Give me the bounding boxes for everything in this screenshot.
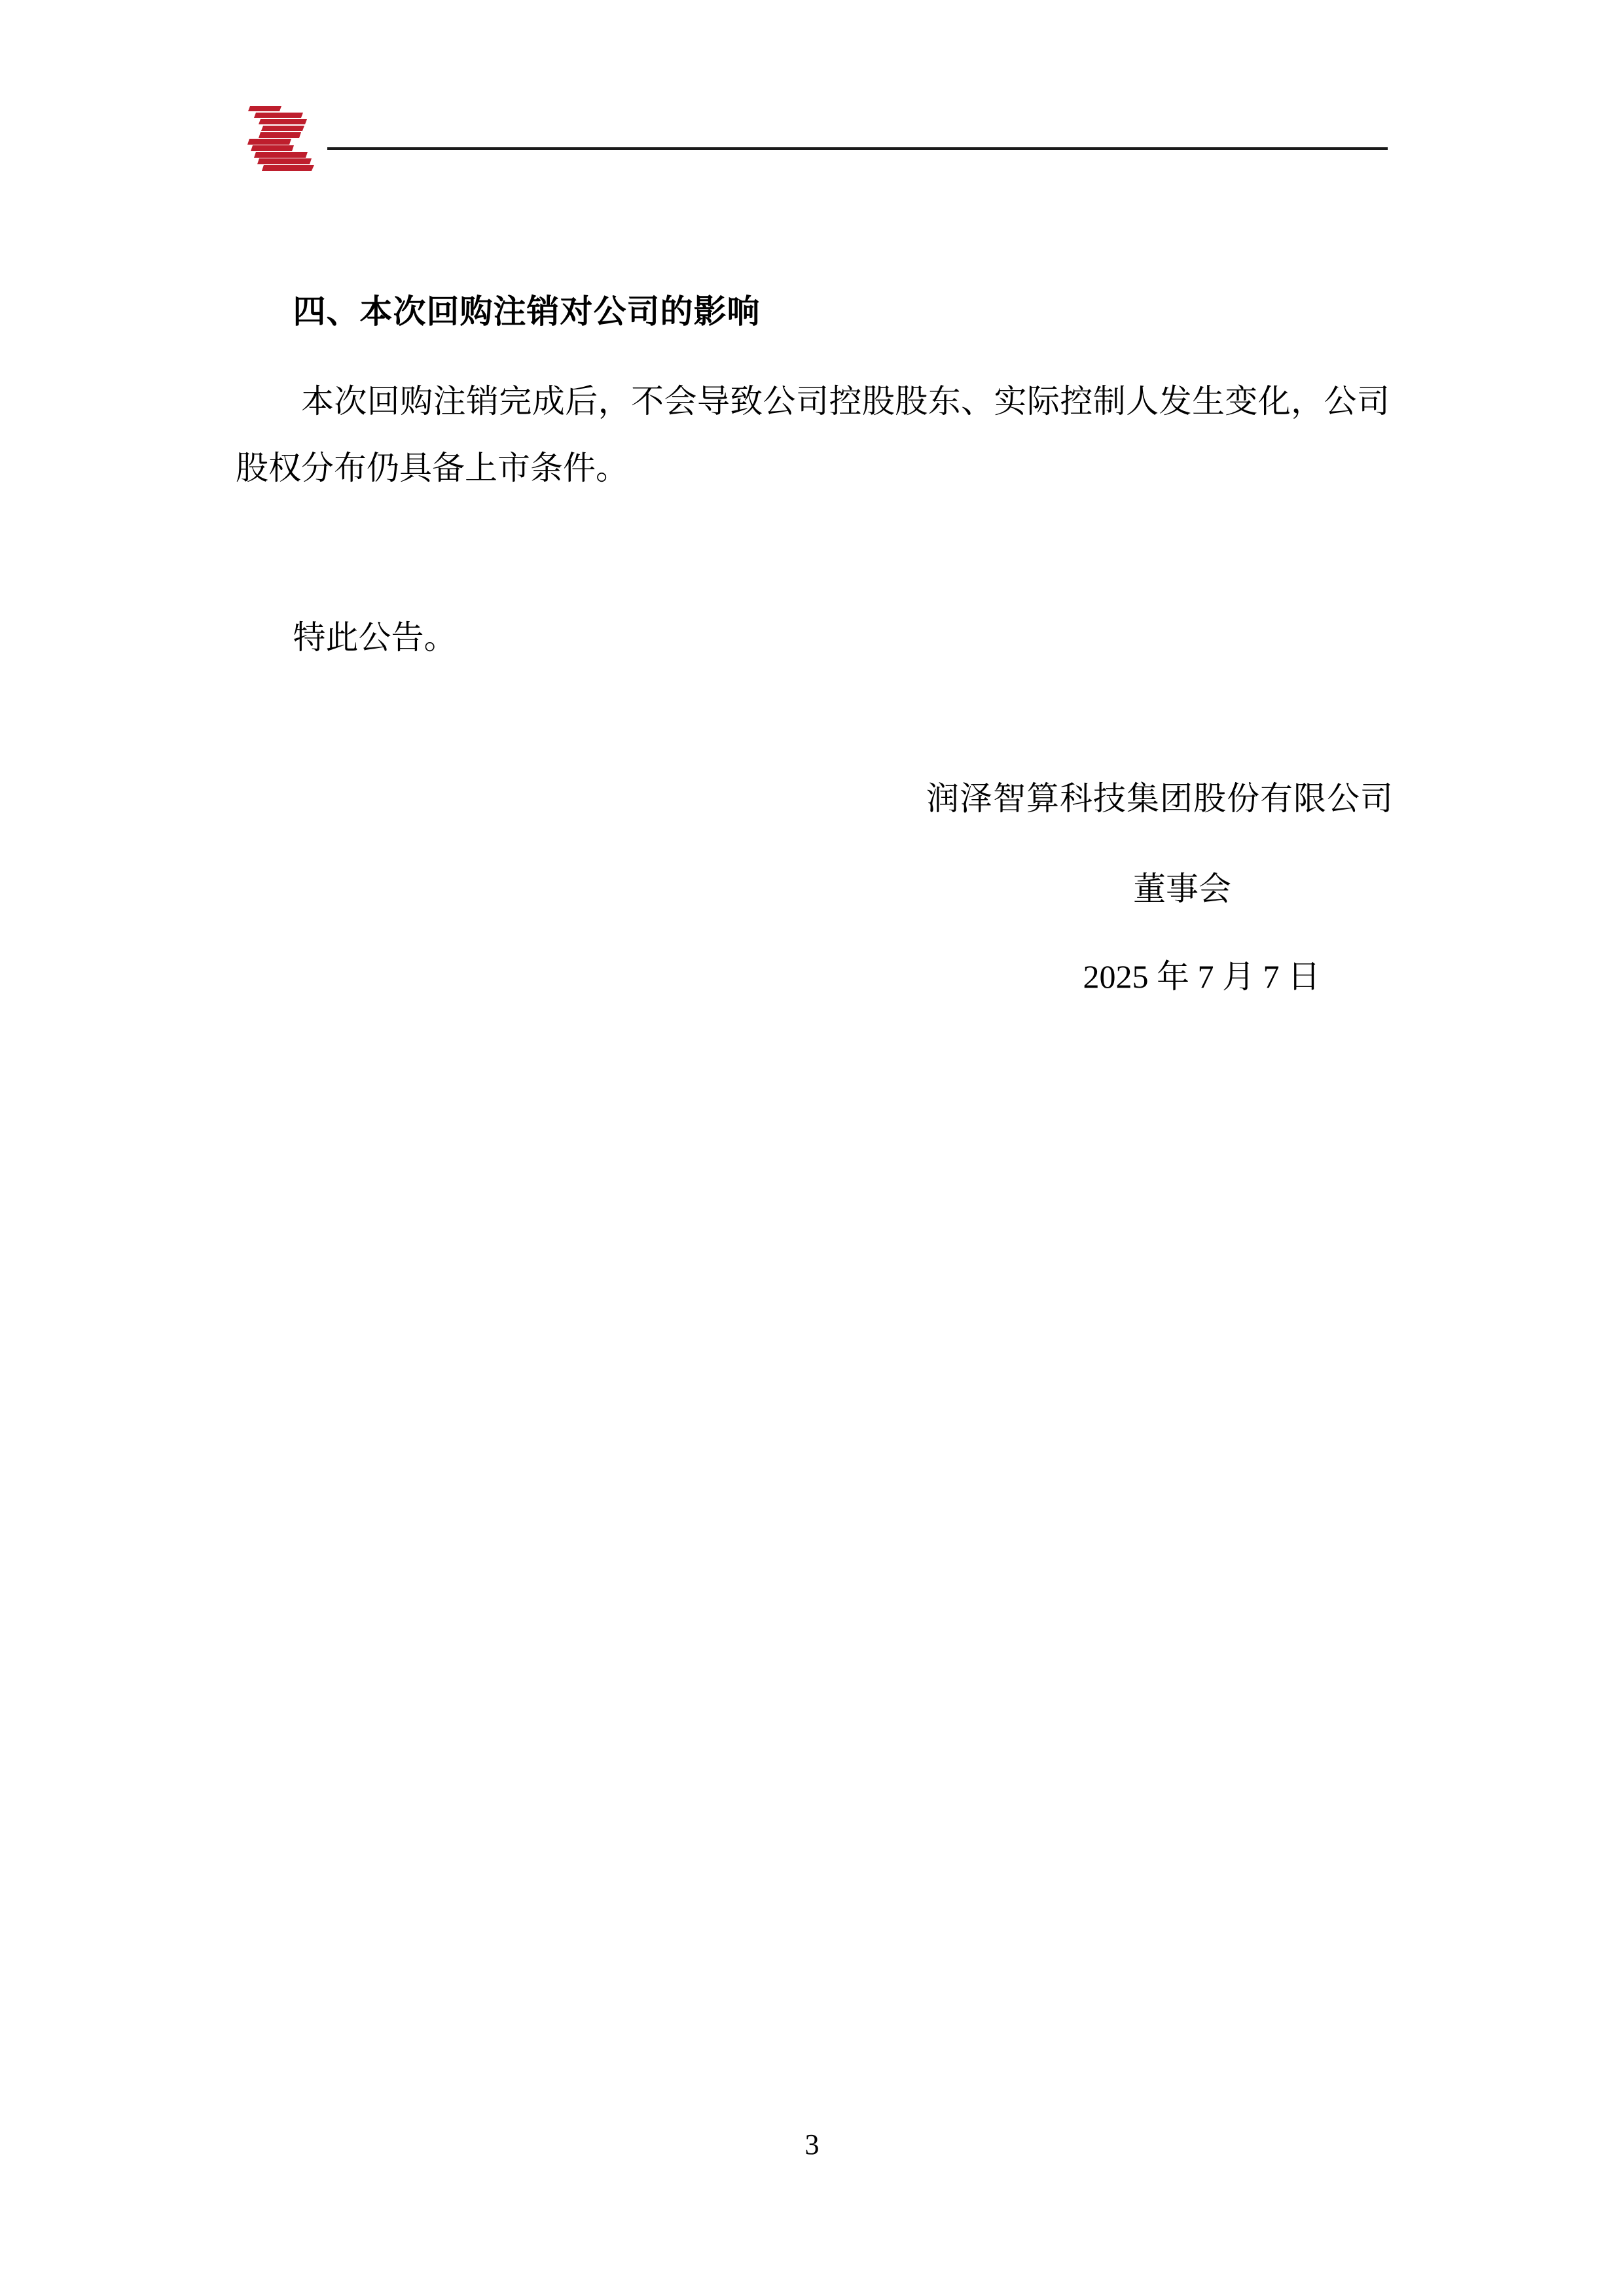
signature-board: 董事会	[236, 870, 1624, 907]
company-logo-icon	[245, 105, 314, 171]
header-divider-line	[327, 147, 1388, 150]
section-heading: 四、本次回购注销对公司的影响	[236, 293, 1390, 330]
signature-date: 2025 年 7 月 7 日	[236, 958, 1624, 995]
body-paragraph: 本次回购注销完成后，不会导致公司控股股东、实际控制人发生变化，公司股权分布仍具备…	[236, 368, 1390, 501]
document-page: 四、本次回购注销对公司的影响 本次回购注销完成后，不会导致公司控股股东、实际控制…	[0, 0, 1624, 2296]
closing-statement: 特此公告。	[236, 619, 1390, 656]
page-number: 3	[0, 2128, 1624, 2161]
signature-company-name: 润泽智算科技集团股份有限公司	[236, 780, 1624, 817]
